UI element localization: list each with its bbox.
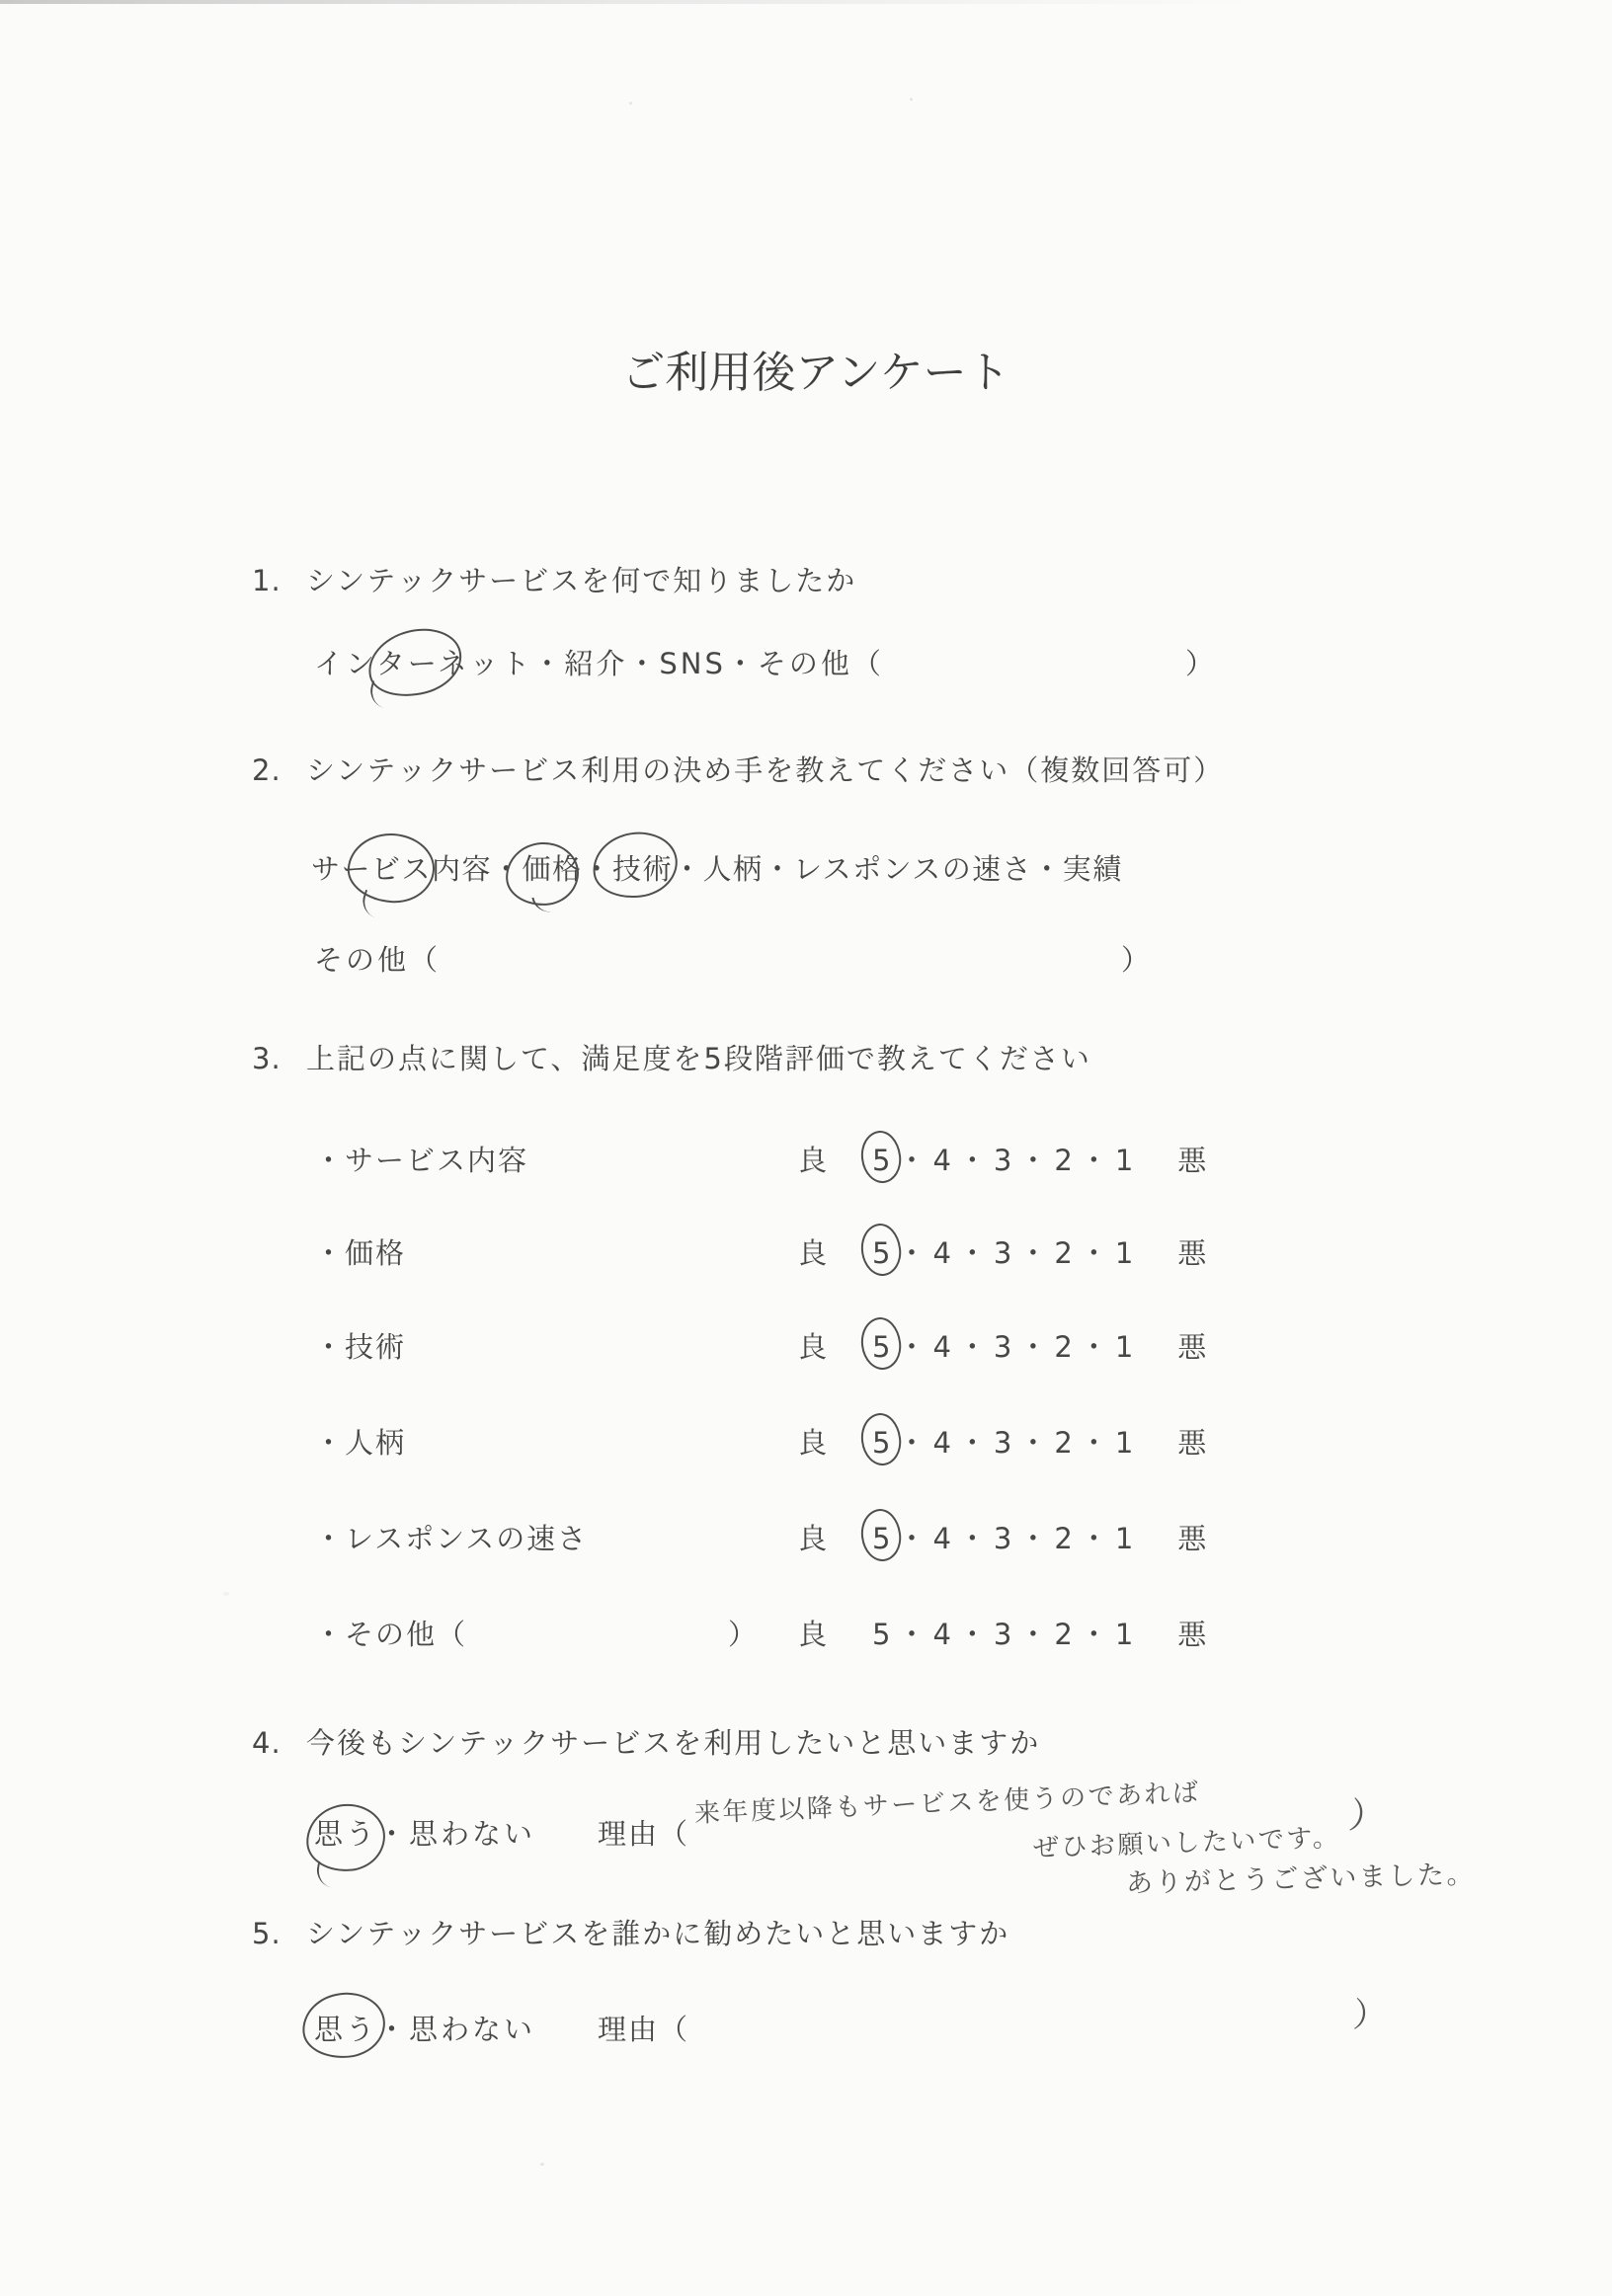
question-4-prompt: 今後もシンテックサービスを利用したいと思いますか xyxy=(306,1726,1040,1760)
question-2-prompt: シンテックサービス利用の決め手を教えてください（複数回答可） xyxy=(306,753,1224,787)
rating-scale: 良 5 ・4・3・2・1 悪 xyxy=(798,1144,1213,1177)
scale-good-label: 良 xyxy=(798,1236,834,1270)
scale-numbers: ・4・3・2・1 xyxy=(897,1144,1140,1177)
scale-good-label: 良 xyxy=(798,1330,834,1364)
handwritten-circle-internet-tail xyxy=(366,680,389,708)
scale-numbers: ・4・3・2・1 xyxy=(897,1236,1140,1270)
rating-5-uncircled: 5 xyxy=(872,1618,897,1651)
scan-speck xyxy=(629,102,632,105)
question-2-other-text: その他（ xyxy=(314,943,441,977)
scale-numbers: ・4・3・2・1 xyxy=(897,1330,1140,1364)
rating-scale: 良 5 ・4・3・2・1 悪 xyxy=(798,1522,1213,1555)
handwritten-close-paren: ） xyxy=(1346,1798,1387,1839)
page-title: ご利用後アンケート xyxy=(10,337,1612,400)
question-2-options-line: サービス内容・価格・技術・人柄・レスポンスの速さ・実績 xyxy=(0,852,1612,894)
scale-numbers: ・4・3・2・1 xyxy=(897,1522,1140,1555)
question-5: 5. シンテックサービスを誰かに勧めたいと思いますか xyxy=(0,1917,1612,1958)
circled-rating-5: 5 xyxy=(872,1426,897,1460)
question-1-options-text: インターネット・紹介・SNS・その他（ xyxy=(314,647,884,680)
question-1-number: 1. xyxy=(252,564,282,597)
rating-row-label: ・人柄 xyxy=(314,1426,406,1460)
scale-numbers: ・4・3・2・1 xyxy=(897,1618,1140,1651)
handwritten-thanks-line: ありがとうございました。 xyxy=(1126,1861,1477,1899)
question-2: 2. シンテックサービス利用の決め手を教えてください（複数回答可） xyxy=(0,753,1612,795)
rating-scale: 良 5 ・4・3・2・1 悪 xyxy=(798,1426,1213,1460)
scale-good-label: 良 xyxy=(798,1426,834,1460)
rating-row-other: ・その他（ ） 良 5 ・4・3・2・1 悪 xyxy=(0,1618,1612,1659)
question-4: 4. 今後もシンテックサービスを利用したいと思いますか xyxy=(0,1726,1612,1768)
question-5-answer-line: 思う・思わない 理由（ ） xyxy=(0,2013,1612,2054)
scan-artifact-top-edge xyxy=(0,0,1612,4)
handwritten-circle-service-tail xyxy=(359,890,383,917)
rating-scale: 良 5 ・4・3・2・1 悪 xyxy=(798,1236,1213,1270)
question-4-number: 4. xyxy=(252,1726,282,1760)
rating-row-price: ・価格 良 5 ・4・3・2・1 悪 xyxy=(0,1236,1612,1278)
scale-bad-label: 悪 xyxy=(1177,1426,1213,1460)
rating-row-label: ・レスポンスの速さ xyxy=(314,1522,588,1555)
scale-bad-label: 悪 xyxy=(1177,1144,1213,1177)
scale-bad-label: 悪 xyxy=(1177,1522,1213,1555)
rating-scale: 良 5 ・4・3・2・1 悪 xyxy=(798,1618,1213,1651)
rating-row-service: ・サービス内容 良 5 ・4・3・2・1 悪 xyxy=(0,1144,1612,1185)
question-3-number: 3. xyxy=(252,1042,282,1075)
question-5-number: 5. xyxy=(252,1917,282,1950)
scan-speck xyxy=(223,1592,229,1596)
question-5-reason-label: 理由（ xyxy=(598,2013,689,2046)
question-2-options-text: サービス内容・価格・技術・人柄・レスポンスの速さ・実績 xyxy=(311,852,1123,886)
circled-rating-5: 5 xyxy=(872,1522,897,1555)
scale-bad-label: 悪 xyxy=(1177,1330,1213,1364)
circled-rating-5: 5 xyxy=(872,1144,897,1177)
question-2-close-paren: ） xyxy=(1121,943,1150,977)
question-2-other-line: その他（ ） xyxy=(0,943,1612,985)
question-3: 3. 上記の点に関して、満足度を5段階評価で教えてください xyxy=(0,1042,1612,1083)
scanned-survey-page: ご利用後アンケート 1. シンテックサービスを何で知りましたか インターネット・… xyxy=(0,0,1612,2296)
rating-scale: 良 5 ・4・3・2・1 悪 xyxy=(798,1330,1213,1364)
circled-rating-5: 5 xyxy=(872,1236,897,1270)
rating-row-label: ・その他（ xyxy=(314,1618,467,1651)
question-4-answer-options: 思う・思わない xyxy=(314,1817,535,1851)
handwritten-circle-omou-q4-tail xyxy=(314,1861,336,1888)
scan-speck xyxy=(540,2163,544,2166)
question-1-prompt: シンテックサービスを何で知りましたか xyxy=(306,564,856,597)
question-5-answer-options: 思う・思わない xyxy=(314,2013,535,2046)
question-1-close-paren: ） xyxy=(1185,647,1214,680)
question-5-close-paren: ） xyxy=(1351,1998,1388,2036)
scan-speck xyxy=(910,98,913,101)
rating-row-other-close-paren: ） xyxy=(728,1618,757,1651)
question-4-reason-label: 理由（ xyxy=(598,1817,689,1851)
question-1-options-line: インターネット・紹介・SNS・その他（ ） xyxy=(0,647,1612,688)
scale-good-label: 良 xyxy=(798,1618,834,1651)
rating-row-label: ・技術 xyxy=(314,1330,406,1364)
question-5-prompt: シンテックサービスを誰かに勧めたいと思いますか xyxy=(306,1917,1009,1950)
scale-bad-label: 悪 xyxy=(1177,1236,1213,1270)
handwritten-circle-price-tail xyxy=(531,894,552,914)
question-3-prompt: 上記の点に関して、満足度を5段階評価で教えてください xyxy=(306,1042,1091,1075)
question-2-number: 2. xyxy=(252,753,282,787)
rating-row-label: ・価格 xyxy=(314,1236,406,1270)
question-1: 1. シンテックサービスを何で知りましたか xyxy=(0,564,1612,605)
circled-rating-5: 5 xyxy=(872,1330,897,1364)
scale-good-label: 良 xyxy=(798,1144,834,1177)
rating-row-skill: ・技術 良 5 ・4・3・2・1 悪 xyxy=(0,1330,1612,1372)
scale-bad-label: 悪 xyxy=(1177,1618,1213,1651)
rating-row-response-speed: ・レスポンスの速さ 良 5 ・4・3・2・1 悪 xyxy=(0,1522,1612,1563)
rating-row-label: ・サービス内容 xyxy=(314,1144,528,1177)
rating-row-personality: ・人柄 良 5 ・4・3・2・1 悪 xyxy=(0,1426,1612,1467)
scale-good-label: 良 xyxy=(798,1522,834,1555)
scale-numbers: ・4・3・2・1 xyxy=(897,1426,1140,1460)
